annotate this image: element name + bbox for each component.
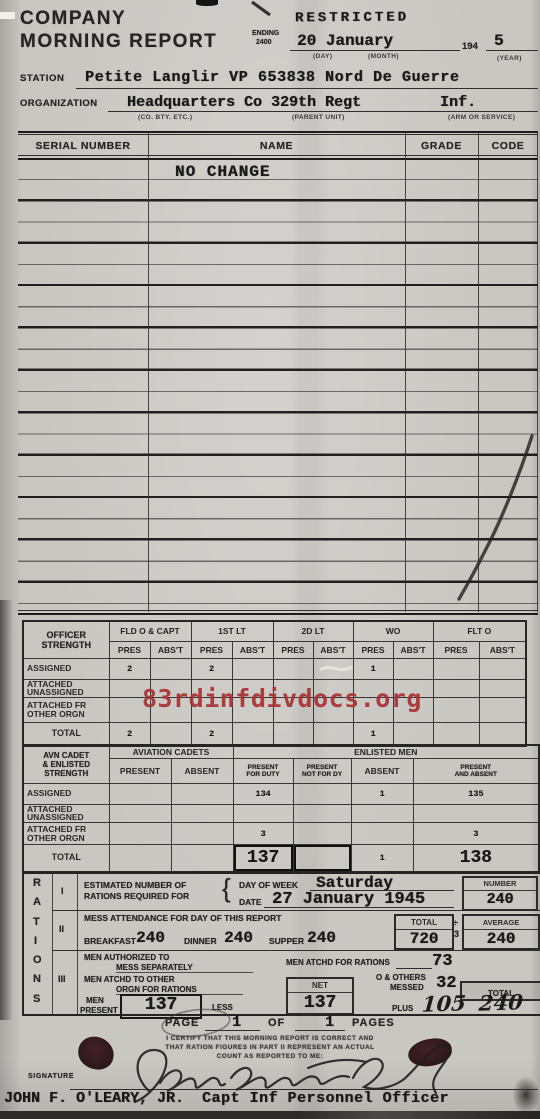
row-label2: UNASSIGNED: [27, 812, 84, 822]
roster-col-grade: GRADE: [405, 140, 478, 152]
number-label: NUMBER: [464, 878, 536, 891]
rule-line: [396, 968, 432, 969]
men-present-line2: PRESENT: [80, 1006, 118, 1015]
dinner-label: DINNER: [184, 936, 217, 946]
rule-line: [76, 88, 538, 89]
cell-value: [479, 658, 526, 679]
divide-sign: ÷: [453, 918, 458, 928]
rule-line: [295, 1030, 345, 1031]
row-label2: OTHER ORGN: [27, 709, 85, 719]
pages-count: 1: [325, 1014, 334, 1031]
cell-value: [109, 845, 171, 872]
cell-value: 1: [351, 783, 413, 804]
officer-sub-abst: ABS'T: [313, 641, 353, 658]
section-numeral-1: I: [61, 886, 64, 896]
number-value: 240: [464, 891, 536, 908]
cell-value: 2: [191, 723, 232, 746]
officer-sub-pres: PRES: [273, 641, 313, 658]
officer-sub-abst: ABS'T: [150, 641, 191, 658]
cell-value: [351, 823, 413, 845]
station-label: STATION: [20, 73, 64, 84]
day-label: (DAY): [313, 53, 332, 60]
enlisted-title3: STRENGTH: [24, 769, 109, 778]
net-label: NET: [288, 979, 352, 993]
rations-letter: A: [33, 896, 41, 908]
organization-label: ORGANIZATION: [20, 98, 97, 109]
signed-name-typed: JOHN F. O'LEARY, JR.: [4, 1090, 184, 1107]
cell-value: [232, 723, 273, 746]
rule-line: [18, 610, 538, 611]
enlisted-row-assigned: ASSIGNED 134 1 135: [23, 783, 539, 804]
cell-value: [479, 723, 526, 746]
enlisted-row-total: TOTAL 137 1 138: [23, 845, 539, 872]
ending-label: ENDING: [252, 30, 279, 37]
cell-value: [393, 658, 433, 679]
rule-line: [18, 131, 538, 133]
cell-value: 2: [109, 723, 150, 746]
col-present-not-for-dy2: NOT FOR DY: [294, 771, 351, 778]
cell-value: [171, 845, 233, 872]
rations-letter: S: [33, 993, 40, 1005]
cell-value: [273, 658, 313, 679]
row-label: ASSIGNED: [23, 658, 109, 679]
officer-sub-pres: PRES: [433, 641, 479, 658]
cell-value: [313, 658, 353, 679]
col-present-for-duty: PRESENT: [234, 764, 293, 771]
cell-value: [150, 658, 191, 679]
mess-total-value: 720: [396, 930, 452, 948]
signature-label: SIGNATURE: [28, 1073, 74, 1080]
ending-time: 2400: [256, 39, 272, 46]
co-bty-label: (CO. BTY. ETC.): [138, 114, 192, 121]
column-divider: [405, 131, 406, 612]
divide-by-value: 3: [454, 929, 459, 939]
men-present-line1: MEN: [86, 996, 104, 1005]
plus-value-handwritten: 105: [421, 990, 467, 1017]
cell-value: 134: [233, 783, 293, 804]
rations-letter: R: [33, 877, 41, 889]
station-value: Petite Langlir VP 653838 Nord De Guerre: [85, 69, 459, 86]
officer-sub-abst: ABS'T: [393, 641, 433, 658]
col-absent: ABSENT: [171, 758, 233, 783]
col-absent-enlisted: ABSENT: [351, 758, 413, 783]
cell-value-boxed: [293, 845, 351, 872]
mess-total-box: TOTAL 720: [394, 914, 454, 950]
signed-title-typed: Capt Inf Personnel Officer: [202, 1090, 449, 1107]
page-number: 1: [232, 1014, 241, 1031]
roster-entry-no-change: NO CHANGE: [175, 163, 270, 181]
rule-line: [264, 907, 454, 908]
cell-value: [150, 723, 191, 746]
section-numeral-2: II: [59, 924, 64, 934]
mess-attendance-title: MESS ATTENDANCE FOR DAY OF THIS REPORT: [84, 913, 281, 923]
cell-value: [171, 783, 233, 804]
row-label: ASSIGNED: [23, 783, 109, 804]
scan-artifact: [0, 12, 15, 19]
officer-group-fld-o-capt: FLD O & CAPT: [109, 621, 191, 641]
plus-label: PLUS: [392, 1004, 413, 1013]
estimated-rations-line2: RATIONS REQUIRED FOR: [84, 891, 189, 901]
net-box: NET 137: [286, 977, 354, 1015]
cell-value: [109, 783, 171, 804]
page-title-line1: COMPANY: [20, 8, 126, 30]
others-messed-line1: O & OTHERS: [376, 973, 426, 982]
officer-row-assigned: ASSIGNED 2 2 1: [23, 658, 526, 679]
roster-col-name: NAME: [148, 140, 405, 152]
dinner-value: 240: [224, 929, 253, 947]
col-present-and-absent2: AND ABSENT: [414, 771, 539, 778]
year-digit: 5: [494, 32, 504, 50]
col-present-for-duty2: FOR DUTY: [234, 771, 293, 778]
enlisted-row-attached-fr: ATTACHED FROTHER ORGN 3 3: [23, 823, 539, 845]
officer-sub-pres: PRES: [109, 641, 150, 658]
average-label: AVERAGE: [464, 916, 538, 930]
column-divider: [52, 874, 53, 1014]
column-divider: [148, 131, 149, 612]
column-divider: [478, 131, 479, 612]
average-box: AVERAGE 240: [462, 914, 540, 950]
rations-letter: O: [33, 954, 42, 966]
rule-line: [18, 613, 538, 615]
row-label2: OTHER ORGN: [27, 833, 85, 843]
rule-line: [18, 134, 538, 135]
officer-group-1st-lt: 1ST LT: [191, 621, 273, 641]
rule-line: [108, 111, 538, 112]
rule-line: [52, 950, 540, 951]
rations-section: R A T I O N S I II III ESTIMATED NUMBER …: [22, 872, 540, 1016]
organization-arm-value: Inf.: [440, 94, 476, 111]
men-atchd-rations-value: 73: [432, 952, 452, 971]
row-label: TOTAL: [23, 845, 109, 872]
watermark-text: 83rdinfdivdocs.org: [142, 684, 422, 713]
col-present-not-for-dy: PRESENT: [294, 764, 351, 771]
number-box: NUMBER 240: [462, 876, 538, 911]
cell-value: 3: [233, 823, 293, 845]
average-value: 240: [464, 930, 538, 948]
enlisted-row-attached-unassigned: ATTACHEDUNASSIGNED: [23, 804, 539, 823]
officer-group-2d-lt: 2D LT: [273, 621, 353, 641]
row-label2: UNASSIGNED: [27, 687, 84, 697]
rule-line: [486, 50, 538, 51]
men-authorized-line2: MESS SEPARATELY: [116, 963, 253, 973]
net-value: 137: [288, 993, 352, 1013]
cell-value: 1: [353, 658, 393, 679]
cell-value: [273, 723, 313, 746]
cell-value: 1: [351, 845, 413, 872]
rule-line: [18, 155, 538, 156]
officer-sub-abst: ABS'T: [232, 641, 273, 658]
less-label: LESS: [212, 1003, 233, 1012]
scan-corner-mark: [252, 2, 270, 15]
page-title-line2: MORNING REPORT: [20, 31, 217, 53]
officer-sub-pres: PRES: [191, 641, 232, 658]
year-prefix: 194: [462, 41, 478, 52]
cell-value: [433, 723, 479, 746]
officer-strength-title1: OFFICER: [24, 630, 109, 640]
col-present: PRESENT: [109, 758, 171, 783]
cell-value-boxed: 137: [233, 845, 293, 872]
scan-artifact: [196, 0, 218, 6]
scan-bottom-edge: [0, 1111, 540, 1119]
cell-value: [433, 658, 479, 679]
column-divider: [77, 874, 78, 1014]
pages-label: PAGES: [352, 1017, 395, 1029]
rations-letter: N: [33, 973, 41, 985]
morning-report-document: COMPANY MORNING REPORT RESTRICTED ENDING…: [0, 0, 540, 1119]
cell-value: 135: [413, 783, 539, 804]
column-divider: [537, 131, 538, 612]
year-label: (YEAR): [497, 55, 522, 62]
cell-value: [313, 723, 353, 746]
cell-value: [393, 723, 433, 746]
scan-edge-shadow: [0, 600, 13, 1020]
cell-value: 3: [413, 823, 539, 845]
cell-value: [293, 783, 351, 804]
enlisted-title2: & ENLISTED: [24, 760, 109, 769]
men-authorized-line1: MEN AUTHORIZED TO: [84, 953, 169, 962]
group-enlisted-men: ENLISTED MEN: [233, 745, 539, 758]
officer-sub-pres: PRES: [353, 641, 393, 658]
enlisted-title1: AVN CADET: [24, 751, 109, 760]
officer-strength-title2: STRENGTH: [24, 640, 109, 650]
estimated-rations-line1: ESTIMATED NUMBER OF: [84, 880, 186, 890]
month-label: (MONTH): [368, 53, 399, 60]
restricted-stamp: RESTRICTED: [295, 10, 409, 27]
report-date-value: 20 January: [297, 32, 393, 50]
enlisted-strength-table: AVN CADET & ENLISTED STRENGTH AVIATION C…: [22, 744, 540, 873]
arm-service-label: (ARM OR SERVICE): [448, 114, 515, 121]
others-messed-line2: MESSED: [390, 983, 424, 992]
page-label: PAGE: [165, 1017, 199, 1029]
row-label: TOTAL: [23, 723, 109, 746]
cell-value: 2: [191, 658, 232, 679]
men-present-box: 137: [120, 994, 202, 1019]
col-present-and-absent: PRESENT: [414, 764, 539, 771]
parent-unit-label: (PARENT UNIT): [292, 114, 345, 121]
grand-total-value-handwritten: 240: [478, 989, 524, 1016]
supper-label: SUPPER: [269, 936, 304, 946]
officer-group-flt-o: FLT O: [433, 621, 526, 641]
supper-value: 240: [307, 929, 336, 947]
mess-total-label: TOTAL: [396, 916, 452, 930]
breakfast-value: 240: [136, 929, 165, 947]
men-atchd-rations-label: MEN ATCHD FOR RATIONS: [286, 958, 390, 967]
group-aviation-cadets: AVIATION CADETS: [109, 745, 233, 758]
rule-line: [290, 50, 460, 51]
officer-group-wo: WO: [353, 621, 433, 641]
brace-glyph: {: [222, 873, 231, 904]
cell-value: [293, 823, 351, 845]
scan-artifact: [512, 1076, 540, 1114]
cell-value: 1: [353, 723, 393, 746]
rations-letter: T: [33, 916, 40, 928]
cell-value: [171, 823, 233, 845]
breakfast-label: BREAKFAST: [84, 936, 136, 946]
of-label: OF: [268, 1017, 285, 1029]
officer-row-total: TOTAL 2 2 1: [23, 723, 526, 746]
cell-value: 138: [413, 845, 539, 872]
rations-letter: I: [34, 935, 37, 947]
men-present-value: 137: [145, 995, 177, 1015]
roster-ruled-lines-area: [18, 159, 538, 611]
section-numeral-3: III: [58, 974, 66, 984]
roster-col-code: CODE: [478, 140, 538, 152]
roster-col-serial-number: SERIAL NUMBER: [18, 140, 148, 152]
cell-value: 2: [109, 658, 150, 679]
cell-value: [109, 823, 171, 845]
date-label: DATE: [239, 897, 262, 907]
day-of-week-label: DAY OF WEEK: [239, 880, 298, 890]
men-atchd-other-line1: MEN ATCHD TO OTHER: [84, 975, 175, 984]
officer-sub-abst: ABS'T: [479, 641, 526, 658]
organization-value: Headquarters Co 329th Regt: [127, 94, 361, 111]
cell-value: [232, 658, 273, 679]
